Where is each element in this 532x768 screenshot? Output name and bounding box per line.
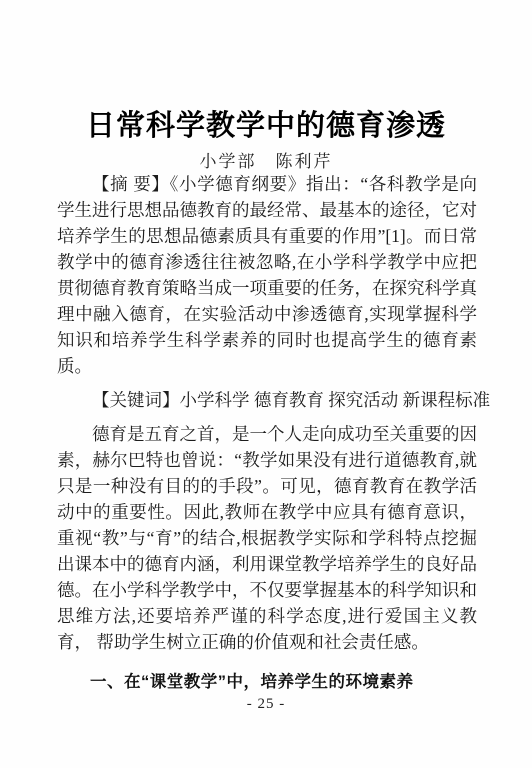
document-page: 日常科学教学中的德育渗透 小学部 陈利芹 【摘 要】《小学德育纲要》指出：“各科… xyxy=(0,0,532,768)
page-number: - 25 - xyxy=(0,696,532,713)
abstract-paragraph: 【摘 要】《小学德育纲要》指出：“各科教学是向学生进行思想品德教育的最经常、最基… xyxy=(57,171,477,379)
section-heading: 一、在“课堂教学”中，培养学生的环境素养 xyxy=(57,669,477,695)
keywords-line: 【关键词】小学科学 德育教育 探究活动 新课程标准 xyxy=(57,387,477,413)
body-paragraph: 德育是五育之首，是一个人走向成功至关重要的因素，赫尔巴特也曾说：“教学如果没有进… xyxy=(57,421,477,655)
author-line: 小学部 陈利芹 xyxy=(0,147,532,172)
page-title: 日常科学教学中的德育渗透 xyxy=(0,103,532,144)
document-body: 【摘 要】《小学德育纲要》指出：“各科教学是向学生进行思想品德教育的最经常、最基… xyxy=(57,171,477,695)
